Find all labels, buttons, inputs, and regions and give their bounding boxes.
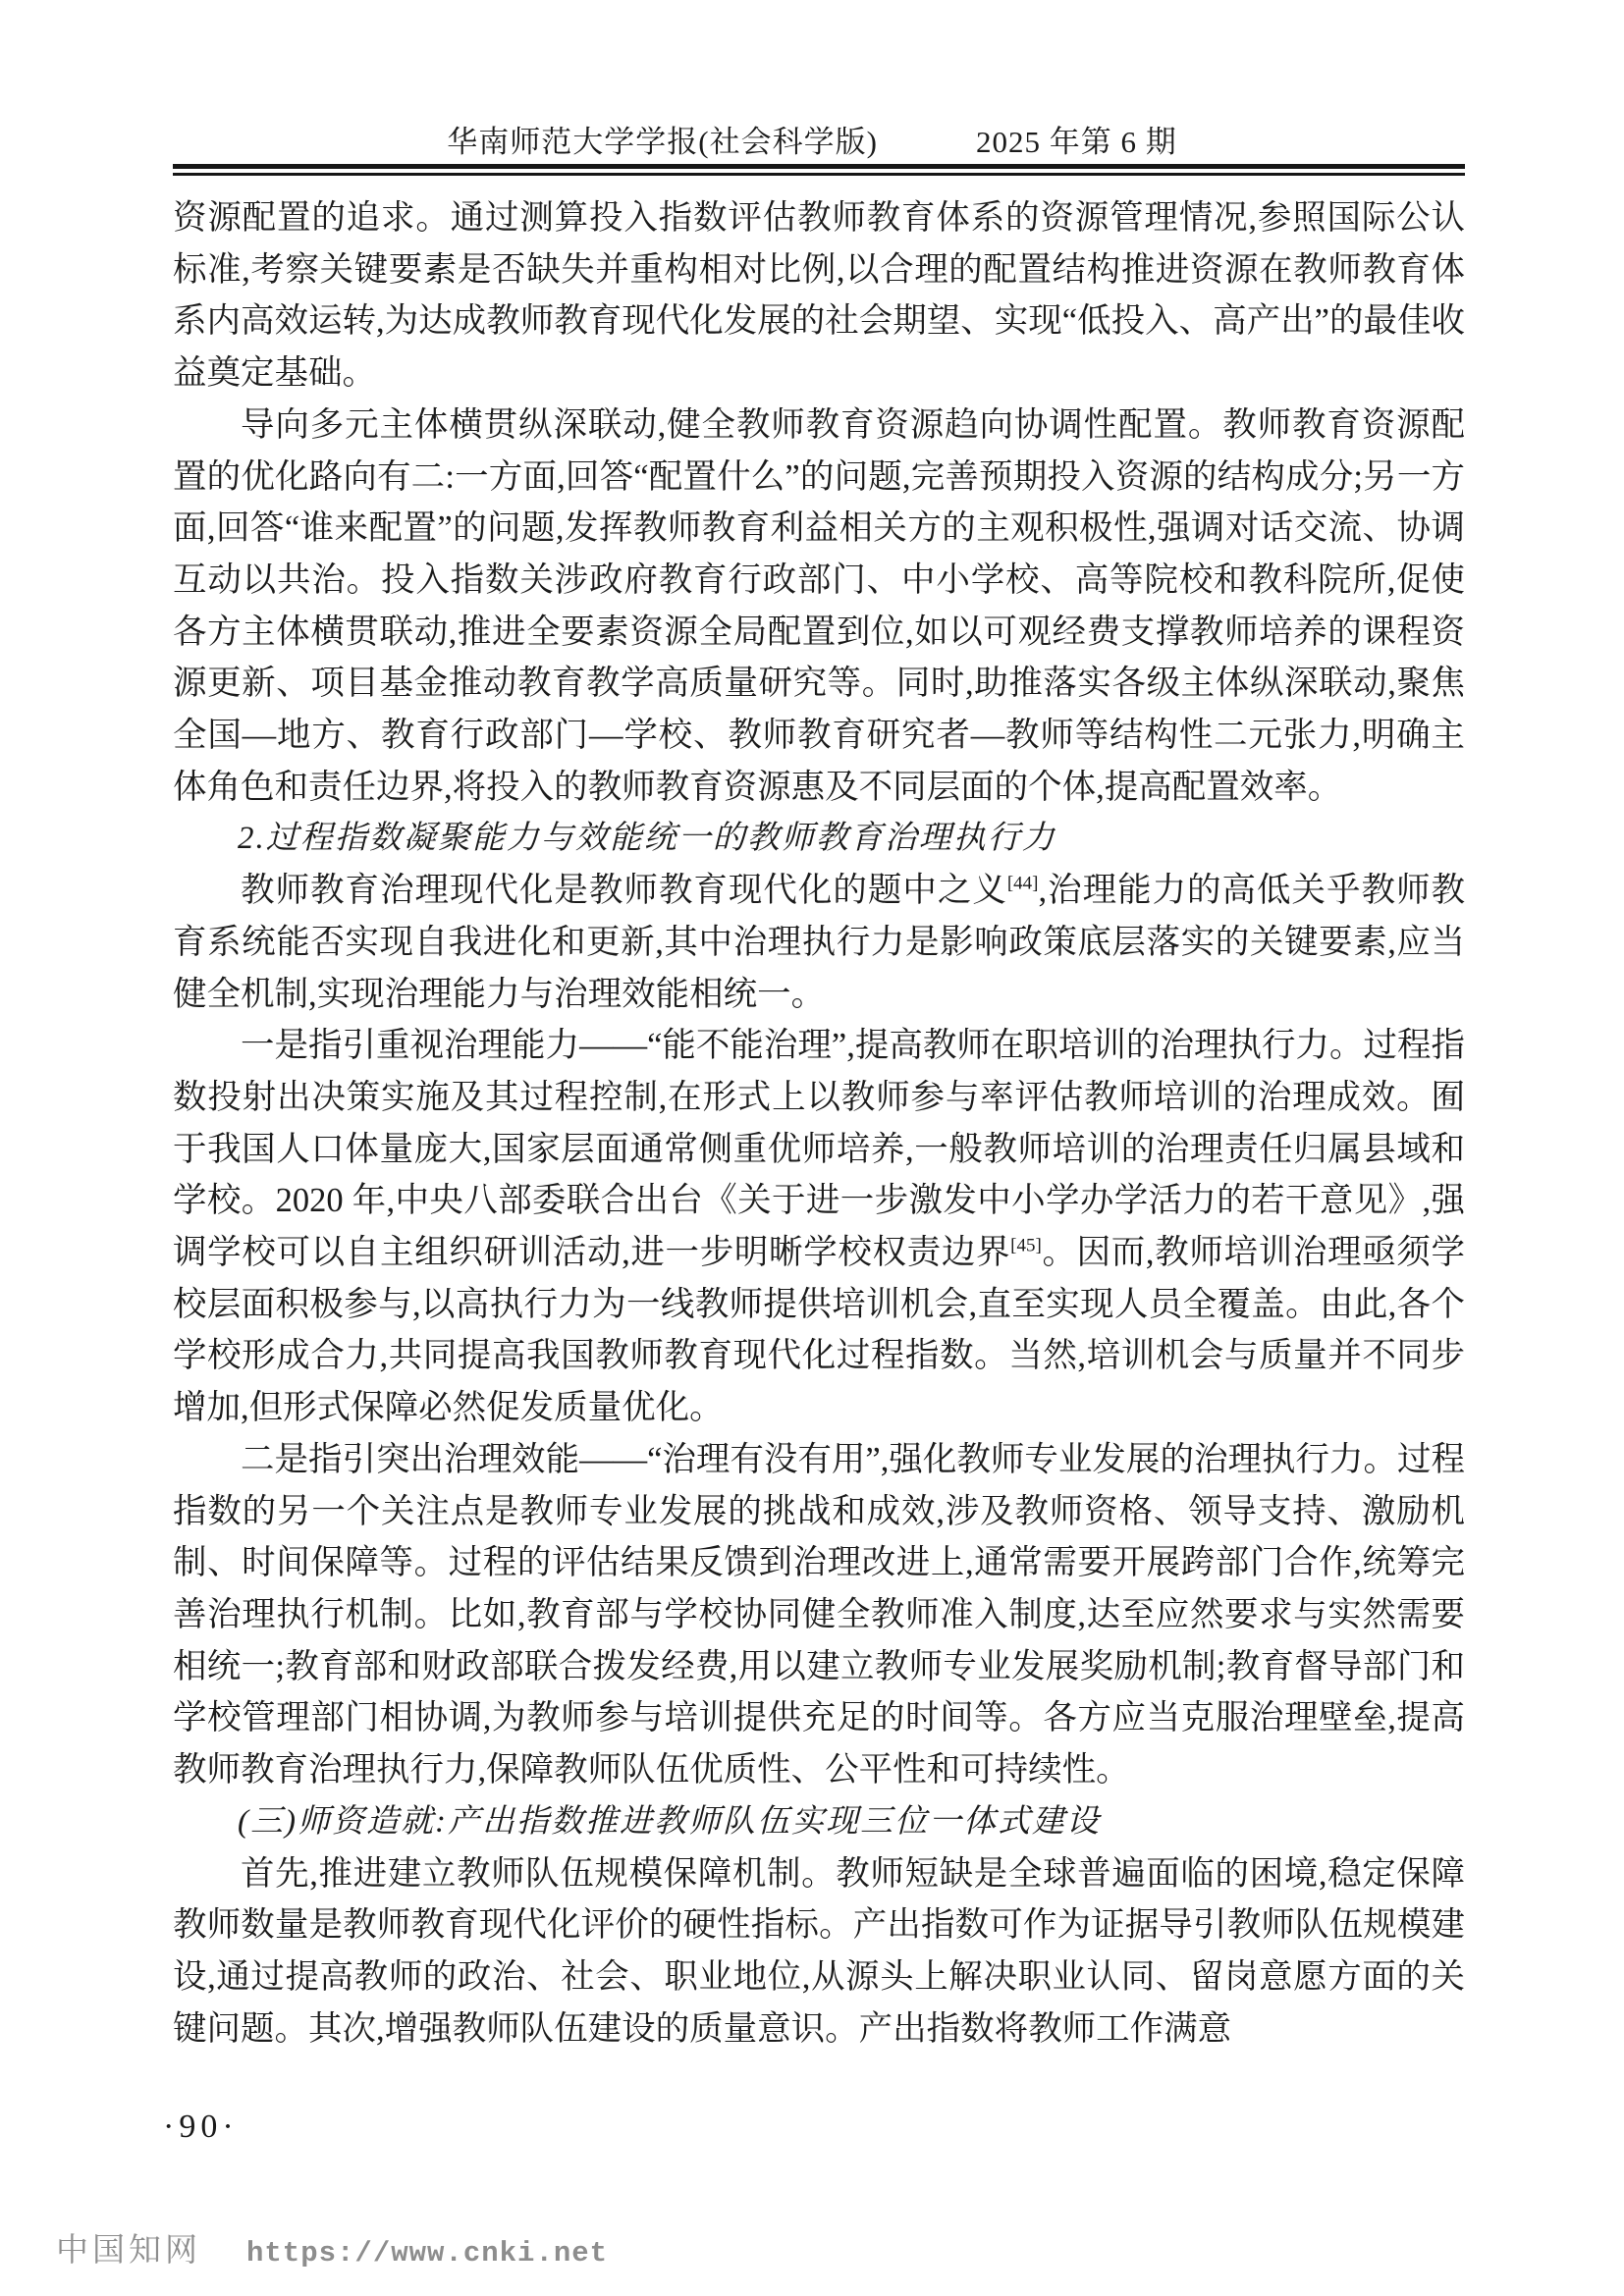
paragraph: 导向多元主体横贯纵深联动,健全教师教育资源趋向协调性配置。教师教育资源配置的优化… [173, 400, 1465, 814]
paragraph-continuation: 资源配置的追求。通过测算投入指数评估教师教育体系的资源管理情况,参照国际公认标准… [173, 192, 1465, 400]
paragraph: 教师教育治理现代化是教师教育现代化的题中之义[44],治理能力的高低关乎教师教育… [173, 865, 1465, 1020]
paragraph-text: 教师教育治理现代化是教师教育现代化的题中之义 [241, 872, 1007, 909]
footnote-ref-44: [44] [1007, 874, 1039, 894]
cnki-logo-text: 中国知网 [56, 2224, 201, 2270]
paragraph: 一是指引重视治理能力——“能不能治理”,提高教师在职培训的治理执行力。过程指数投… [173, 1020, 1465, 1434]
paragraph: 首先,推进建立教师队伍规模保障机制。教师短缺是全球普遍面临的困境,稳定保障教师数… [173, 1848, 1465, 2056]
section-heading-process-index: 2.过程指数凝聚能力与效能统一的教师教育治理执行力 [173, 813, 1465, 865]
issue-info: 2025 年第 6 期 [976, 117, 1177, 161]
header-divider [173, 164, 1465, 176]
footnote-ref-45: [45] [1010, 1236, 1042, 1256]
cnki-url: https://www.cnki.net [246, 2237, 608, 2269]
journal-title: 华南师范大学学报(社会科学版) [447, 117, 878, 161]
paragraph: 二是指引突出治理效能——“治理有没有用”,强化教师专业发展的治理执行力。过程指数… [173, 1434, 1465, 1796]
journal-page: 华南师范大学学报(社会科学版) 2025 年第 6 期 资源配置的追求。通过测算… [0, 0, 1624, 2296]
page-number: ·90· [163, 2109, 239, 2146]
section-heading-teacher-workforce: (三)师资造就:产出指数推进教师队伍实现三位一体式建设 [173, 1796, 1465, 1848]
cnki-watermark: 中国知网 https://www.cnki.net [56, 2224, 608, 2270]
running-head: 华南师范大学学报(社会科学版) 2025 年第 6 期 [0, 117, 1624, 161]
article-body: 资源配置的追求。通过测算投入指数评估教师教育体系的资源管理情况,参照国际公认标准… [173, 192, 1465, 2055]
